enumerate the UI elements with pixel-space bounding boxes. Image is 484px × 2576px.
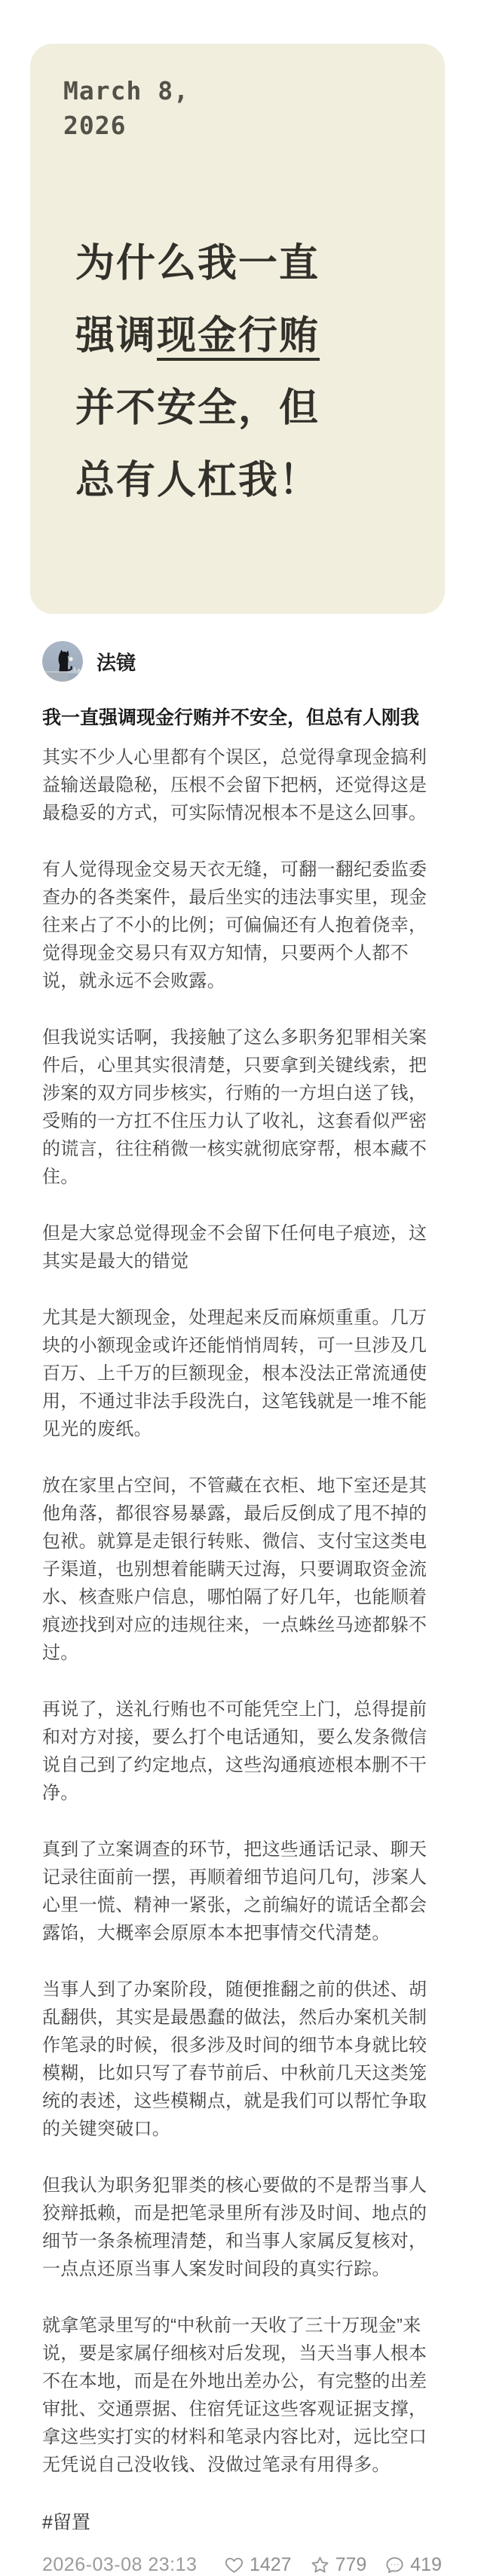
- author-name[interactable]: 法镜: [96, 648, 136, 676]
- comment-bubble-icon: [384, 2555, 405, 2575]
- cover-heading-underlined-text: 现金行贿: [157, 313, 320, 359]
- comment-count: 419: [410, 2554, 442, 2576]
- post-paragraph: 但是大家总觉得现金不会留下任何电子痕迹，这其实是最大的错觉: [42, 1219, 442, 1275]
- collect-button[interactable]: 779: [310, 2554, 367, 2576]
- post-paragraph: 但我认为职务犯罪类的核心要做的不是帮当事人狡辩抵赖，而是把笔录里所有涉及时间、地…: [42, 2172, 442, 2283]
- post-paragraph: 再说了，送礼行贿也不可能凭空上门，总得提前和对方对接，要么打个电话通知，要么发条…: [42, 1695, 442, 1807]
- post-paragraph: 当事人到了办案阶段，随便推翻之前的供述、胡乱翻供，其实是最愚蠢的做法，然后办案机…: [42, 1976, 442, 2143]
- cover-heading-line3: 并不安全，但: [75, 372, 412, 444]
- cover-date-line2: 2026: [63, 108, 412, 143]
- engagement-stats: 1427 779 419: [224, 2554, 442, 2576]
- hashtag-liuzhi[interactable]: #留置: [42, 2507, 442, 2535]
- post-paragraph: 真到了立案调查的环节，把这些通话记录、聊天记录往面前一摆，再顺着细节追问几句，涉…: [42, 1836, 442, 1947]
- author-row: 法镜: [42, 641, 442, 682]
- cover-heading-line4: 总有人杠我！: [75, 444, 412, 517]
- footer-row: 2026-03-08 23:13 1427 779: [42, 2554, 442, 2576]
- cover-heading-line2: 强调现金行贿: [75, 300, 412, 372]
- cover-date-line1: March 8,: [63, 74, 412, 108]
- post-paragraph: 但我说实话啊，我接触了这么多职务犯罪相关案件后，心里其实很清楚，只要拿到关键线索…: [42, 1024, 442, 1191]
- cover-card-image[interactable]: March 8, 2026 为什么我一直 强调现金行贿 并不安全，但 总有人杠我…: [30, 44, 445, 614]
- post-title: 我一直强调现金行贿并不安全，但总有人刚我: [42, 703, 442, 733]
- post-body: 其实不少人心里都有个误区，总觉得拿现金搞利益输送最隐秘，压根不会留下把柄，还觉得…: [42, 743, 442, 2479]
- cover-heading: 为什么我一直 强调现金行贿 并不安全，但 总有人杠我！: [75, 227, 412, 517]
- post-timestamp: 2026-03-08 23:13: [42, 2554, 197, 2576]
- like-count: 1427: [250, 2554, 292, 2576]
- heart-outline-icon: [224, 2555, 244, 2575]
- post-paragraph: 就拿笔录里写的“中秋前一天收了三十万现金”来说，要是家属仔细核对后发现，当天当事…: [42, 2312, 442, 2479]
- cat-on-ledge-avatar-image: [42, 641, 83, 682]
- post-paragraph: 尤其是大额现金，处理起来反而麻烦重重。几万块的小额现金或许还能悄悄周转，可一旦涉…: [42, 1304, 442, 1443]
- post-paragraph: 放在家里占空间，不管藏在衣柜、地下室还是其他角落，都很容易暴露，最后反倒成了甩不…: [42, 1472, 442, 1667]
- note-detail-page: March 8, 2026 为什么我一直 强调现金行贿 并不安全，但 总有人杠我…: [0, 44, 484, 2576]
- like-button[interactable]: 1427: [224, 2554, 292, 2576]
- author-avatar[interactable]: [42, 641, 83, 682]
- cover-heading-line1: 为什么我一直: [75, 227, 412, 300]
- collect-count: 779: [335, 2554, 367, 2576]
- post-paragraph: 有人觉得现金交易天衣无缝，可翻一翻纪委监委查办的各类案件，最后坐实的违法事实里，…: [42, 856, 442, 995]
- comment-button[interactable]: 419: [384, 2554, 442, 2576]
- post-paragraph: 其实不少人心里都有个误区，总觉得拿现金搞利益输送最隐秘，压根不会留下把柄，还觉得…: [42, 743, 442, 827]
- star-outline-icon: [310, 2555, 330, 2575]
- cover-date: March 8, 2026: [63, 74, 412, 143]
